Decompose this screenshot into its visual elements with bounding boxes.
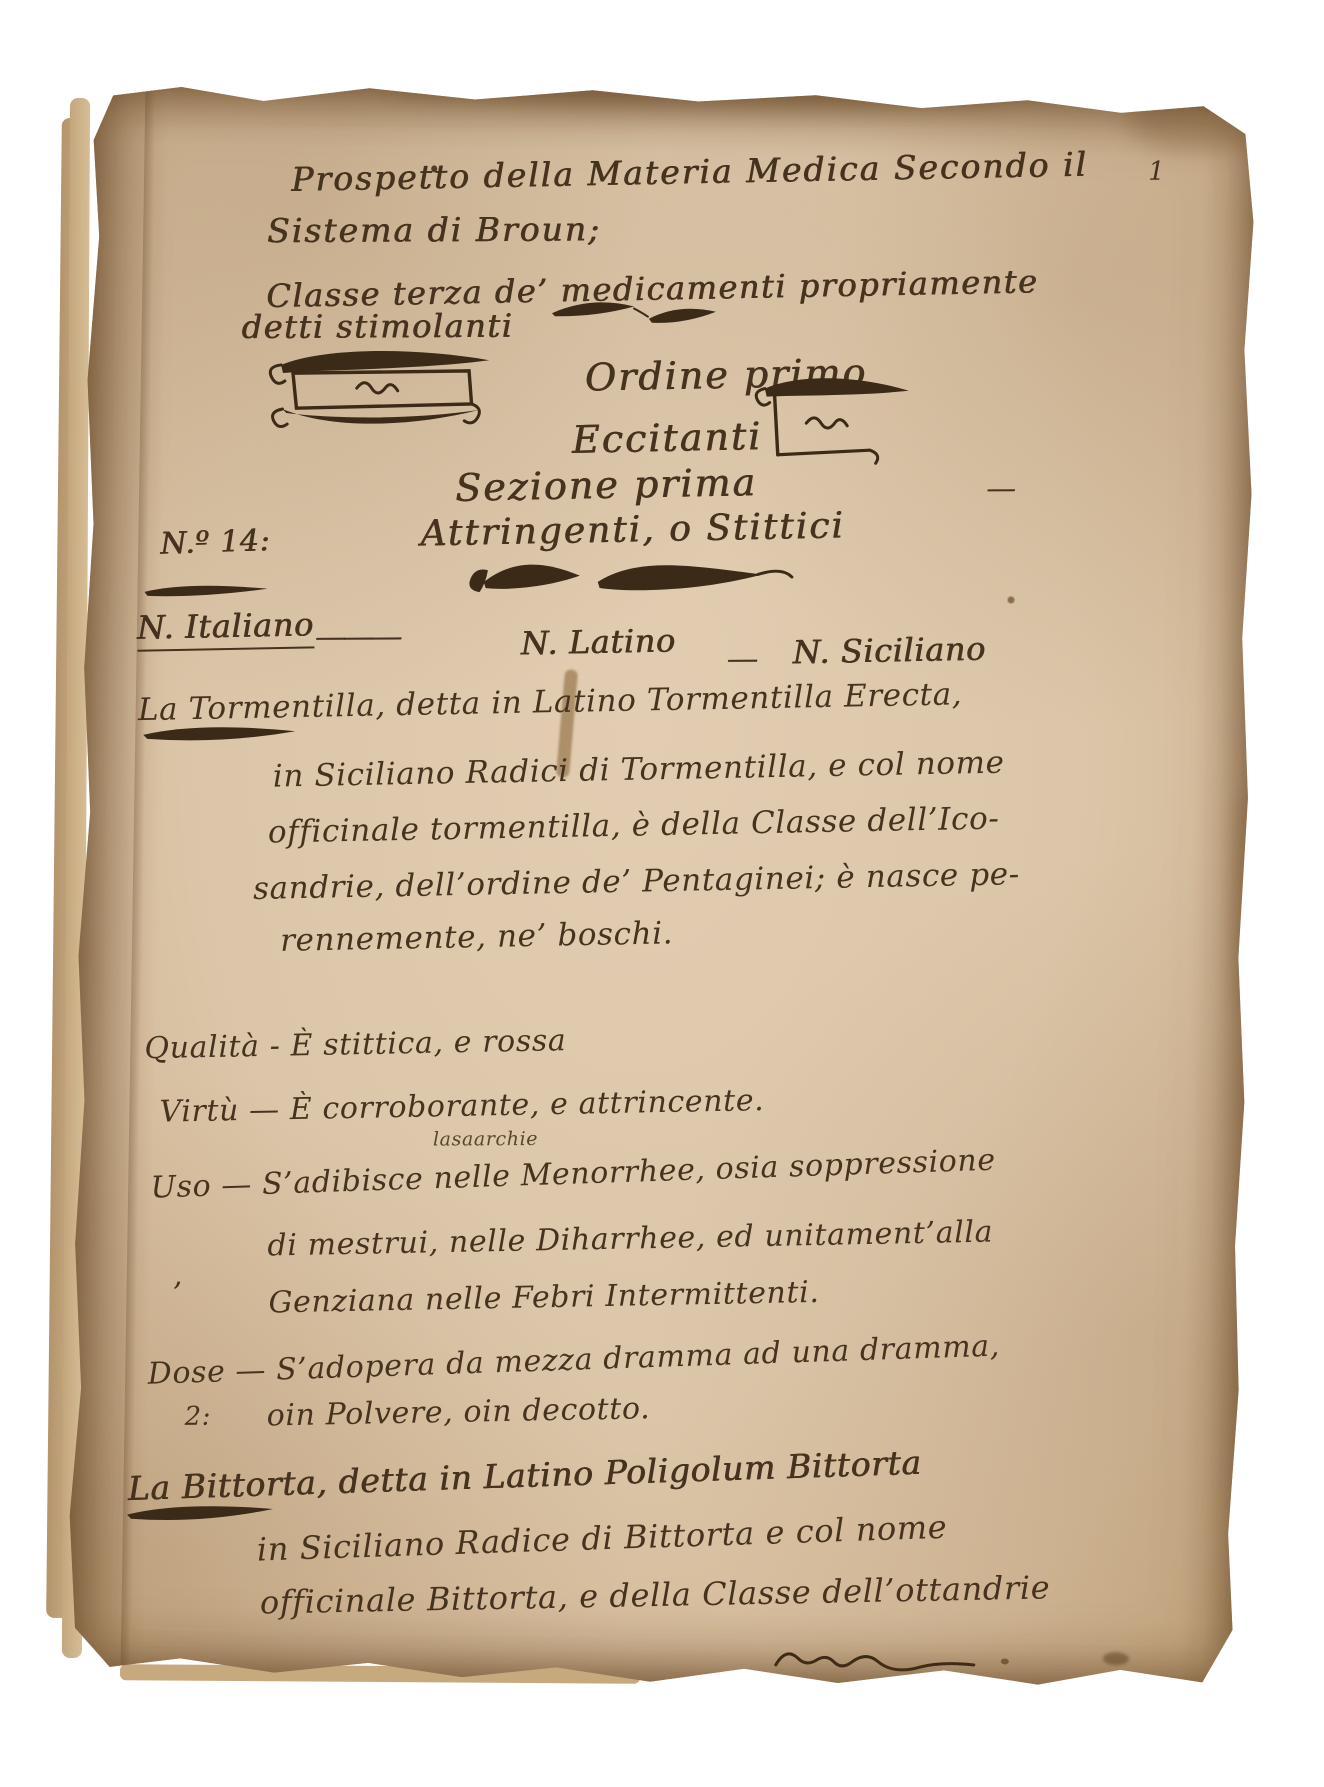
top-edge-soiling: [387, 77, 1007, 115]
dose-line-1: Dose — S’adopera da mezza dramma ad una …: [147, 1332, 1000, 1390]
flourish-leaf-pair: [546, 295, 732, 332]
flourish-underline-la: [137, 719, 307, 750]
column-dash-short: —: [726, 642, 759, 674]
uso-line-1: Uso — S’adibisce nelle Menorrhee, osia s…: [150, 1146, 996, 1204]
qualita-line: Qualità - È stittica, e rossa: [144, 1026, 566, 1064]
bittorta-line-2: in Siciliano Radice di Bittorta e col no…: [256, 1511, 947, 1566]
tormentilla-line-3: officinale tormentilla, è della Classe d…: [268, 804, 1000, 849]
tormentilla-line-1: La Tormentilla, detta in Latino Tormenti…: [138, 679, 963, 726]
entry-number: N.º 14:: [160, 526, 271, 560]
manuscript-photo: Prospetto della Materia Medica Secondo i…: [0, 0, 1324, 1787]
dose-margin-mark: 2:: [185, 1404, 212, 1430]
bittorta-line-1: La Bittorta, detta in Latino Poligolum B…: [127, 1446, 922, 1505]
title-line-4: detti stimolanti: [242, 310, 514, 343]
flourish-closing-squiggle: [768, 1635, 989, 1682]
flourish-underline-entry-number: [139, 579, 279, 603]
ink-speck: [1001, 1658, 1009, 1664]
tormentilla-line-4: sandrie, dell’ordine de’ Pentaginei; è n…: [253, 859, 1020, 905]
bittorta-line-3: officinale Bittorta, e della Classe dell…: [260, 1571, 1051, 1618]
virtu-line: Virtù — È corroborante, e attrincente.: [159, 1086, 764, 1128]
edge-stain: [1231, 794, 1250, 1014]
title-line-1: Prospetto della Materia Medica Secondo i…: [291, 148, 1088, 196]
column-label-italiano: N. Italiano: [137, 608, 314, 643]
column-label-siciliano: N. Siciliano: [792, 633, 986, 669]
margin-dash: —: [986, 474, 1017, 504]
ink-blot: [1103, 1652, 1129, 1665]
flourish-banner-left: [260, 341, 506, 435]
folio-number: 1: [1148, 159, 1165, 185]
spine-crease: [120, 77, 155, 1677]
uso-line-3: Genziana nelle Febri Intermittenti.: [268, 1278, 819, 1319]
corner-soiling: [1127, 86, 1258, 152]
interlinear-insertion: lasaarchie: [433, 1130, 538, 1150]
heading-eccitanti: Eccitanti: [572, 417, 763, 459]
column-label-italiano-text: N. Italiano: [137, 605, 315, 651]
title-line-2: Sistema di Broun;: [267, 212, 601, 247]
flourish-section-squiggle: [451, 544, 802, 611]
flourish-underline-la-2: [121, 1497, 286, 1530]
column-label-latino: N. Latino: [521, 624, 677, 659]
dose-line-2: oin Polvere, oin decotto.: [266, 1394, 650, 1431]
tormentilla-line-5: rennemente, ne’ boschi.: [280, 918, 674, 957]
ink-speck: [1007, 596, 1014, 603]
heading-sezione: Sezione prima: [455, 463, 758, 507]
flourish-banner-right: [750, 370, 917, 471]
margin-tick: ’: [172, 1279, 182, 1309]
uso-line-2: di mestrui, nelle Diharrhee, ed unitamen…: [267, 1218, 993, 1262]
tormentilla-line-2: in Siciliano Radici di Tormentilla, e co…: [273, 748, 1005, 793]
manuscript-page: Prospetto della Materia Medica Secondo i…: [63, 76, 1263, 1694]
column-dash-long: ———: [315, 620, 399, 652]
